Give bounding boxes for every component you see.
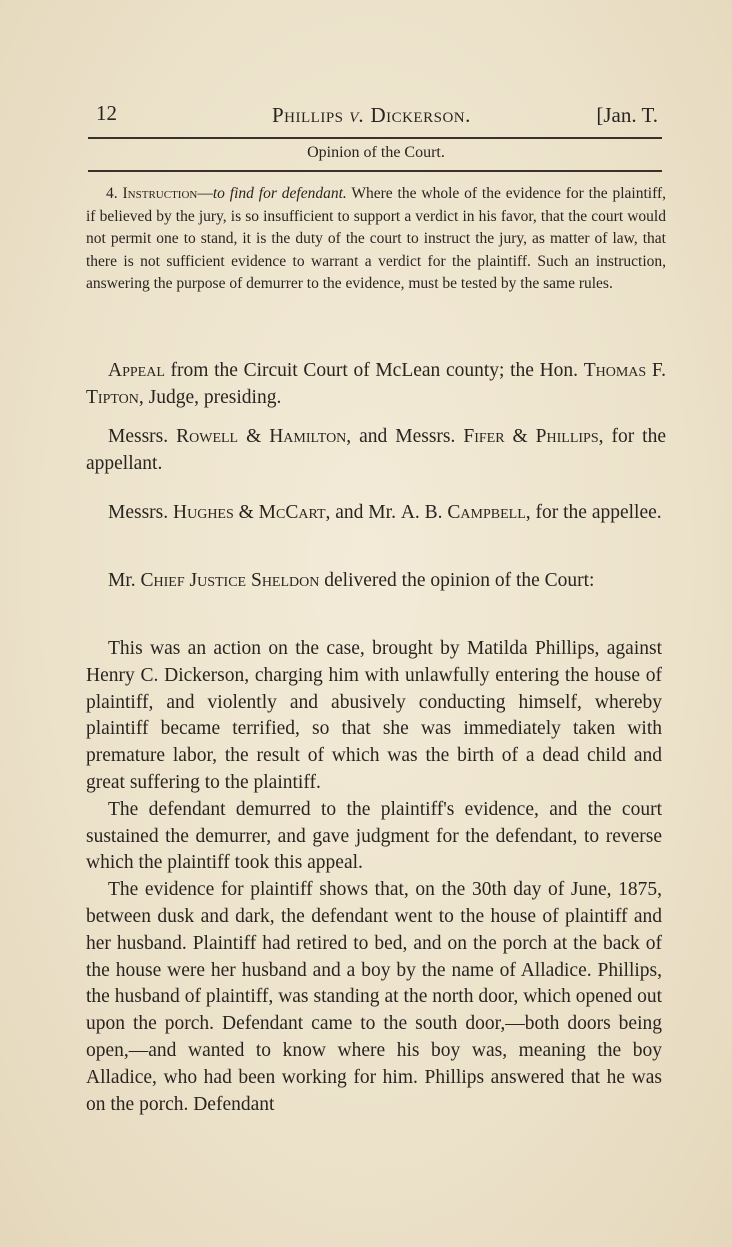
headnote-dash: — (197, 185, 213, 202)
counsel-suffix: , for the appellee. (526, 502, 662, 523)
case-title-plaintiff: Phillips (272, 103, 344, 127)
header-rule (88, 137, 662, 139)
section-subhead: Opinion of the Court. (86, 144, 666, 162)
opinion-intro: Mr. Chief Justice Sheldon delivered the … (86, 568, 666, 595)
body-paragraph: The defendant demurred to the plaintiff'… (86, 797, 662, 877)
headnote-topic: Instruction (123, 185, 198, 202)
appellee-counsel: Messrs. Hughes & McCart, and Mr. A. B. C… (86, 500, 666, 527)
counsel-firm-2: A. B. Campbell (401, 502, 526, 523)
counsel-prefix: Messrs. (108, 502, 173, 523)
appeal-paragraph: Appeal from the Circuit Court of McLean … (86, 358, 666, 411)
opinion-body: This was an action on the case, brought … (86, 636, 662, 1118)
counsel-mid: , and Mr. (326, 502, 401, 523)
appeal-lead: Appeal (108, 360, 165, 381)
body-paragraph: This was an action on the case, brought … (86, 636, 662, 797)
appellant-counsel: Messrs. Rowell & Hamilton, and Messrs. F… (86, 424, 666, 477)
counsel-firm-1: Rowell & Hamilton (176, 426, 346, 447)
page-number: 12 (96, 101, 117, 126)
opinion-prefix: Mr. (108, 570, 141, 591)
appeal-court: from the Circuit Court of McLean county;… (165, 360, 584, 381)
body-paragraph: The evidence for plaintiff shows that, o… (86, 877, 662, 1118)
counsel-prefix: Messrs. (108, 426, 176, 447)
headnote: 4. Instruction—to find for defendant. Wh… (86, 183, 666, 296)
appeal-tail: , Judge, presiding. (139, 387, 281, 408)
running-head: 12 Phillips v. Dickerson. [Jan. T. (86, 101, 666, 131)
term-label: [Jan. T. (596, 103, 658, 128)
subhead-rule (88, 170, 662, 172)
counsel-firm-2: Fifer & Phillips (463, 426, 598, 447)
opinion-suffix: delivered the opinion of the Court: (319, 570, 594, 591)
case-title-versus: v. (349, 103, 364, 127)
counsel-mid: , and Messrs. (346, 426, 463, 447)
opinion-judge: Chief Justice Sheldon (141, 570, 320, 591)
case-title: Phillips v. Dickerson. (272, 103, 471, 128)
headnote-number: 4. (86, 185, 118, 202)
counsel-firm-1: Hughes & McCart (173, 502, 326, 523)
case-title-defendant: Dickerson. (370, 103, 470, 127)
headnote-subtopic: to find for defendant. (213, 185, 347, 202)
